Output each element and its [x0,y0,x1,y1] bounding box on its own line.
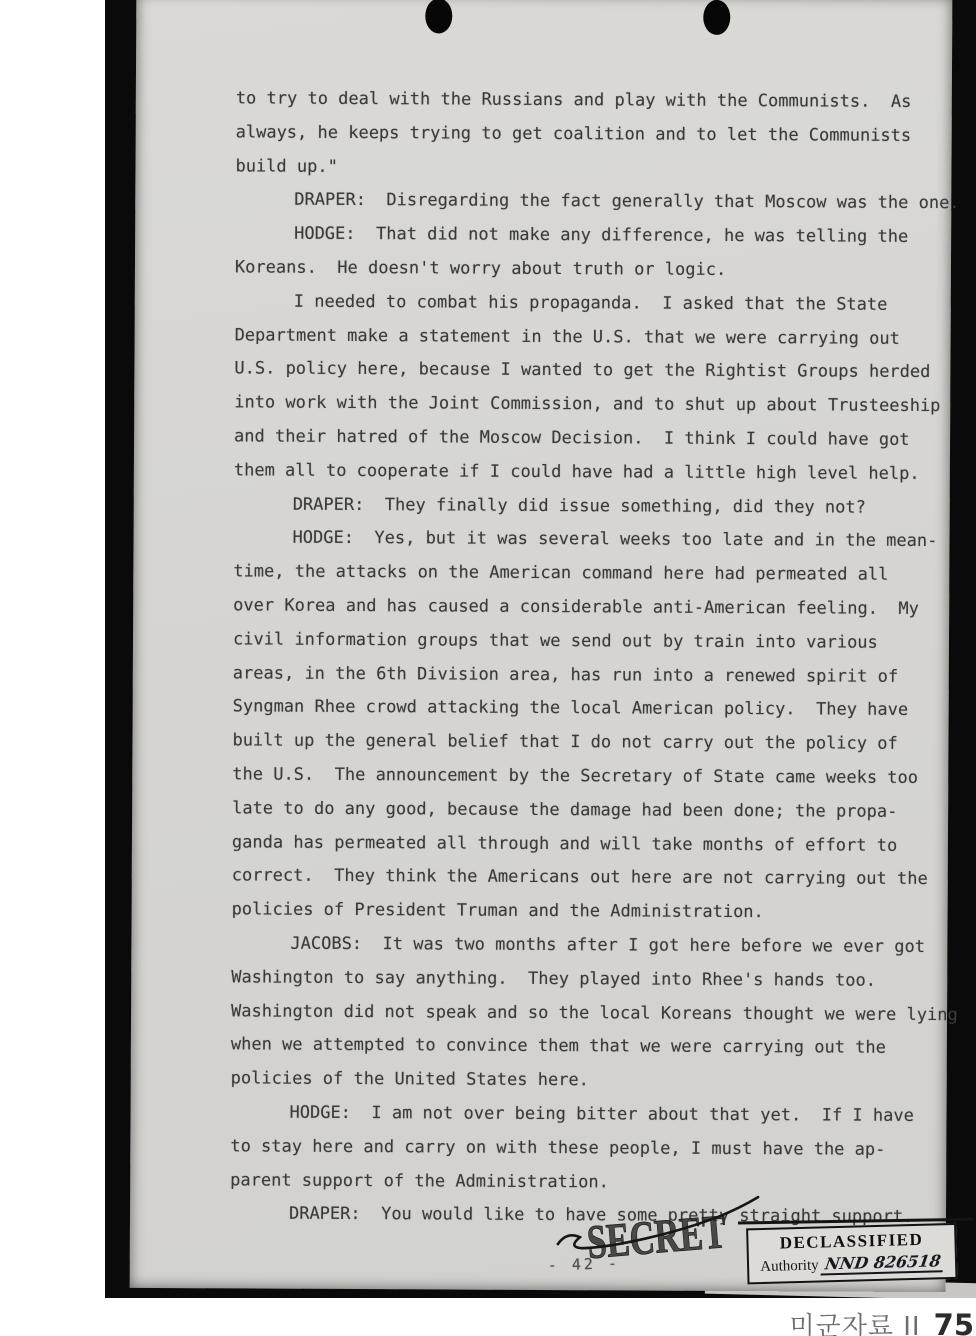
text-line: HODGE: That did not make any difference,… [235,218,976,256]
text-line: I needed to combat his propaganda. I ask… [235,285,976,323]
text-line: civil information groups that we send ou… [233,623,976,661]
secret-stamp-text: SECRET [585,1206,728,1270]
text-line: correct. They think the Americans out he… [232,860,976,898]
text-line: them all to cooperate if I could have ha… [234,454,976,492]
text-line: into work with the Joint Commission, and… [234,387,976,425]
text-line: JACOBS: It was two months after I got he… [231,927,976,965]
text-line: policies of President Truman and the Adm… [232,894,976,932]
declassified-title: DECLASSIFIED [748,1229,954,1254]
footer-caption-text: 미군자료 II [789,1312,920,1336]
text-line: and their hatred of the Moscow Decision.… [234,420,976,458]
text-line: to try to deal with the Russians and pla… [236,82,976,120]
document-paper: to try to deal with the Russians and pla… [130,0,953,1292]
text-line: to stay here and carry on with these peo… [230,1130,976,1168]
text-line: Syngman Rhee crowd attacking the local A… [233,691,976,729]
text-line: built up the general belief that I do no… [232,725,976,763]
footer-caption: 미군자료 II 75 [789,1306,974,1336]
text-line: areas, in the 6th Division area, has run… [233,657,976,695]
text-line: U.S. policy here, because I wanted to ge… [234,353,976,391]
text-line: Koreans. He doesn't worry about truth or… [235,251,976,289]
text-line: build up." [235,150,976,188]
typewritten-text: to try to deal with the Russians and pla… [230,82,976,1235]
scanned-page-region: to try to deal with the Russians and pla… [105,0,976,1298]
secret-stamp: SECRET [540,1190,770,1277]
text-line: HODGE: I am not over being bitter about … [230,1096,976,1134]
text-line: Washington did not speak and so the loca… [231,995,976,1033]
text-line: the U.S. The announcement by the Secreta… [232,758,976,796]
footer-page-number: 75 [934,1308,974,1336]
page-background: { "colors": { "scan_background": "#0a0a0… [0,0,976,1336]
text-line: late to do any good, because the damage … [232,792,976,830]
punch-hole-left [425,0,452,34]
text-line: when we attempted to convince them that … [231,1029,976,1067]
declassified-stamp: DECLASSIFIED Authority NND 826518 [746,1223,957,1284]
text-line: HODGE: Yes, but it was several weeks too… [233,522,976,560]
text-line: policies of the United States here. [231,1062,976,1100]
text-line: DRAPER: Disregarding the fact generally … [235,184,976,222]
authority-row: Authority NND 826518 [749,1251,955,1277]
punch-hole-right [703,0,730,35]
text-line: Department make a statement in the U.S. … [235,319,976,357]
text-line: DRAPER: They finally did issue something… [234,488,976,526]
text-line: over Korea and has caused a considerable… [233,589,976,627]
authority-label: Authority [760,1258,819,1276]
text-line: time, the attacks on the American comman… [233,556,976,594]
authority-number-handwritten: NND 826518 [821,1251,946,1275]
text-line: Washington to say anything. They played … [231,961,976,999]
text-line: ganda has permeated all through and will… [232,826,976,864]
text-line: always, he keeps trying to get coalition… [236,116,976,154]
